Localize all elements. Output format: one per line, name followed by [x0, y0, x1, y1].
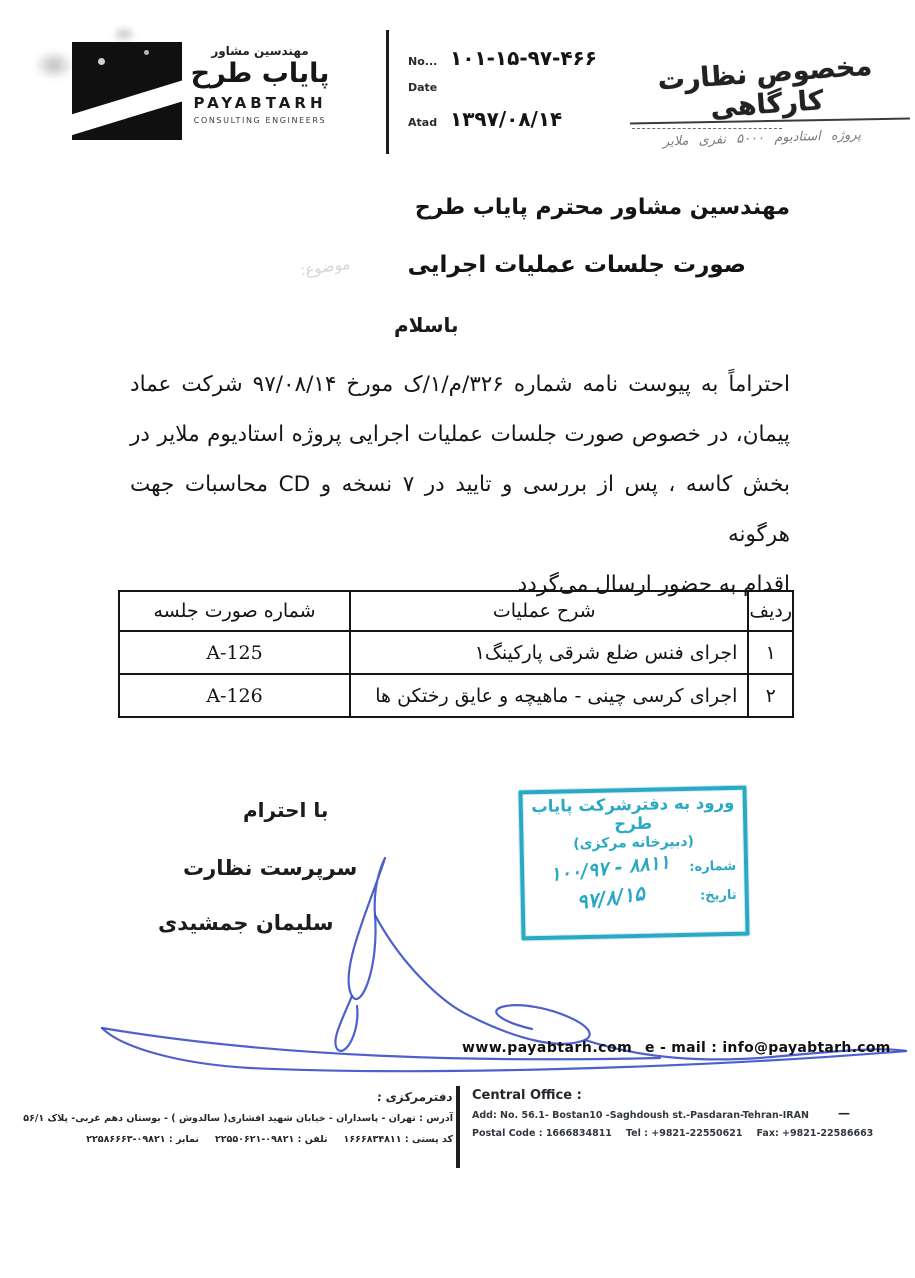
table-header-row: ردیف شرح عملیات شماره صورت جلسه: [119, 591, 793, 631]
body-line: بخش کاسه ، پس از بررسی و تایید در ۷ نسخه…: [130, 460, 790, 560]
scanned-letter-page: مهندسین مشاور پایاب طرح PAYABTARH CONSUL…: [0, 0, 915, 1278]
header-minutes-no: شماره صورت جلسه: [119, 591, 350, 631]
subject-title: صورت جلسات عملیات اجرایی: [408, 252, 746, 278]
footer-en-postal: Postal Code : 1666834811: [472, 1128, 612, 1139]
cell-row-no: ۱: [748, 631, 793, 674]
stamp-number-label: شماره:: [688, 858, 736, 874]
table-row: ۱ اجرای فنس ضلع شرقی پارکینگ۱ A-125: [119, 631, 793, 674]
cell-minutes-no: A-125: [119, 631, 350, 674]
footer-en-address: Add: No. 56.1- Bostan10 -Saghdoush st.-P…: [472, 1110, 910, 1121]
reference-fields: No... ۱۰۱-۱۵-۹۷-۴۶۶ Date Atad ۱۳۹۷/۰۸/۱۴: [408, 46, 628, 142]
header-description: شرح عملیات: [350, 591, 748, 631]
stamp-number-row: شماره: ۱۰۰/۹۷ - ۸۸۱۱: [532, 855, 736, 881]
entry-stamp: ورود به دفترشرکت پایاب طرح (دبیرخانه مرک…: [518, 786, 749, 941]
website-text: www.payabtarh.com: [462, 1040, 632, 1056]
footer-fa-heading: دفترمرکزی :: [377, 1090, 454, 1104]
footer-divider-line: [456, 1086, 460, 1168]
header-divider-line: [386, 30, 389, 154]
minutes-table: ردیف شرح عملیات شماره صورت جلسه ۱ اجرای …: [118, 590, 794, 718]
cell-description: اجرای کرسی چینی - ماهیچه و عایق رختکن ها: [350, 674, 748, 717]
ref-no-row: No... ۱۰۱-۱۵-۹۷-۴۶۶: [408, 46, 628, 70]
footer-en-heading: Central Office :: [472, 1088, 910, 1103]
body-paragraph: احتراماً به پیوست نامه شماره ۳۲۶/م/۱/ک م…: [130, 360, 790, 610]
signer-title: سرپرست نظارت: [183, 856, 357, 880]
footer-en-tel: Tel : +9821-22550621: [626, 1128, 743, 1139]
company-logo-text: مهندسین مشاور پایاب طرح PAYABTARH CONSUL…: [185, 44, 335, 125]
footer-central-office: Central Office : Add: No. 56.1- Bostan10…: [472, 1088, 910, 1139]
logo-swoosh-shape: [72, 75, 182, 138]
email-text: e - mail : info@payabtarh.com: [645, 1040, 891, 1056]
ref-attach-value: ۱۳۹۷/۰۸/۱۴: [450, 107, 562, 131]
project-handwriting: پروژه استادیوم ۵۰۰۰ نفری ملایر: [612, 126, 912, 151]
stamp-subtitle: (دبیرخانه مرکزی): [531, 833, 735, 853]
closing-respect: با احترام: [243, 798, 328, 822]
table-row: ۲ اجرای کرسی چینی - ماهیچه و عایق رختکن …: [119, 674, 793, 717]
footer-fa-tel: تلفن : ۰۹۸۲۱-۲۲۵۵۰۶۲۱: [215, 1134, 328, 1145]
footer-fa-contact-line: کد پستی : ۱۶۶۶۸۳۴۸۱۱تلفن : ۰۹۸۲۱-۲۲۵۵۰۶۲…: [85, 1132, 453, 1147]
supervision-underline-2: [632, 128, 782, 129]
scan-artifact: [110, 114, 116, 120]
scan-artifact: [112, 26, 136, 42]
salutation: باسلام: [394, 313, 459, 337]
signer-name: سلیمان جمشیدی: [158, 911, 334, 935]
header-row-no: ردیف: [748, 591, 793, 631]
ref-attach-row: Atad ۱۳۹۷/۰۸/۱۴: [408, 107, 628, 131]
ref-date-label: Date: [408, 81, 450, 94]
ref-date-row: Date: [408, 81, 628, 94]
footer-en-fax: Fax: +9821-22586663: [756, 1128, 873, 1139]
footer-daftar-markazi: دفترمرکزی : آدرس : تهران - پاسداران - خی…: [85, 1086, 453, 1147]
footer-fa-fax: نمابر : ۰۹۸۲۱-۲۲۵۸۶۶۶۳: [86, 1134, 199, 1145]
scan-artifact: [34, 50, 74, 80]
ref-no-label: No...: [408, 55, 450, 68]
body-line: احتراماً به پیوست نامه شماره ۳۲۶/م/۱/ک م…: [130, 360, 790, 410]
scan-artifact: [98, 58, 105, 65]
logo-fa-small: مهندسین مشاور: [185, 44, 335, 58]
body-line: پیمان، در خصوص صورت جلسات عملیات اجرایی …: [130, 410, 790, 460]
cell-description: اجرای فنس ضلع شرقی پارکینگ۱: [350, 631, 748, 674]
scan-artifact: [144, 50, 149, 55]
logo-en-name: PAYABTARH: [185, 94, 335, 112]
stamp-date-label: تاریخ:: [689, 887, 737, 903]
footer-fa-postal: کد پستی : ۱۶۶۶۸۳۴۸۱۱: [344, 1134, 453, 1145]
recipient-line: مهندسین مشاور محترم پایاب طرح: [415, 195, 790, 220]
logo-fa-name: پایاب طرح: [185, 58, 335, 90]
cell-minutes-no: A-126: [119, 674, 350, 717]
stamp-date-row: تاریخ: ۹۷/۸/۱۵: [532, 883, 736, 911]
stamp-title: ورود به دفترشرکت پایاب طرح: [531, 793, 736, 835]
footer-en-contact-line: Postal Code : 1666834811Tel : +9821-2255…: [472, 1128, 910, 1139]
cell-row-no: ۲: [748, 674, 793, 717]
ref-no-value: ۱۰۱-۱۵-۹۷-۴۶۶: [450, 46, 597, 70]
footer-fa-address: آدرس : تهران - پاسداران - خیابان شهید اف…: [85, 1111, 453, 1126]
logo-en-subtitle: CONSULTING ENGINEERS: [185, 116, 335, 125]
subject-handwritten-label: موضوع:: [299, 255, 351, 280]
company-logo-mark: [72, 42, 182, 140]
ref-attach-label: Atad: [408, 116, 450, 129]
